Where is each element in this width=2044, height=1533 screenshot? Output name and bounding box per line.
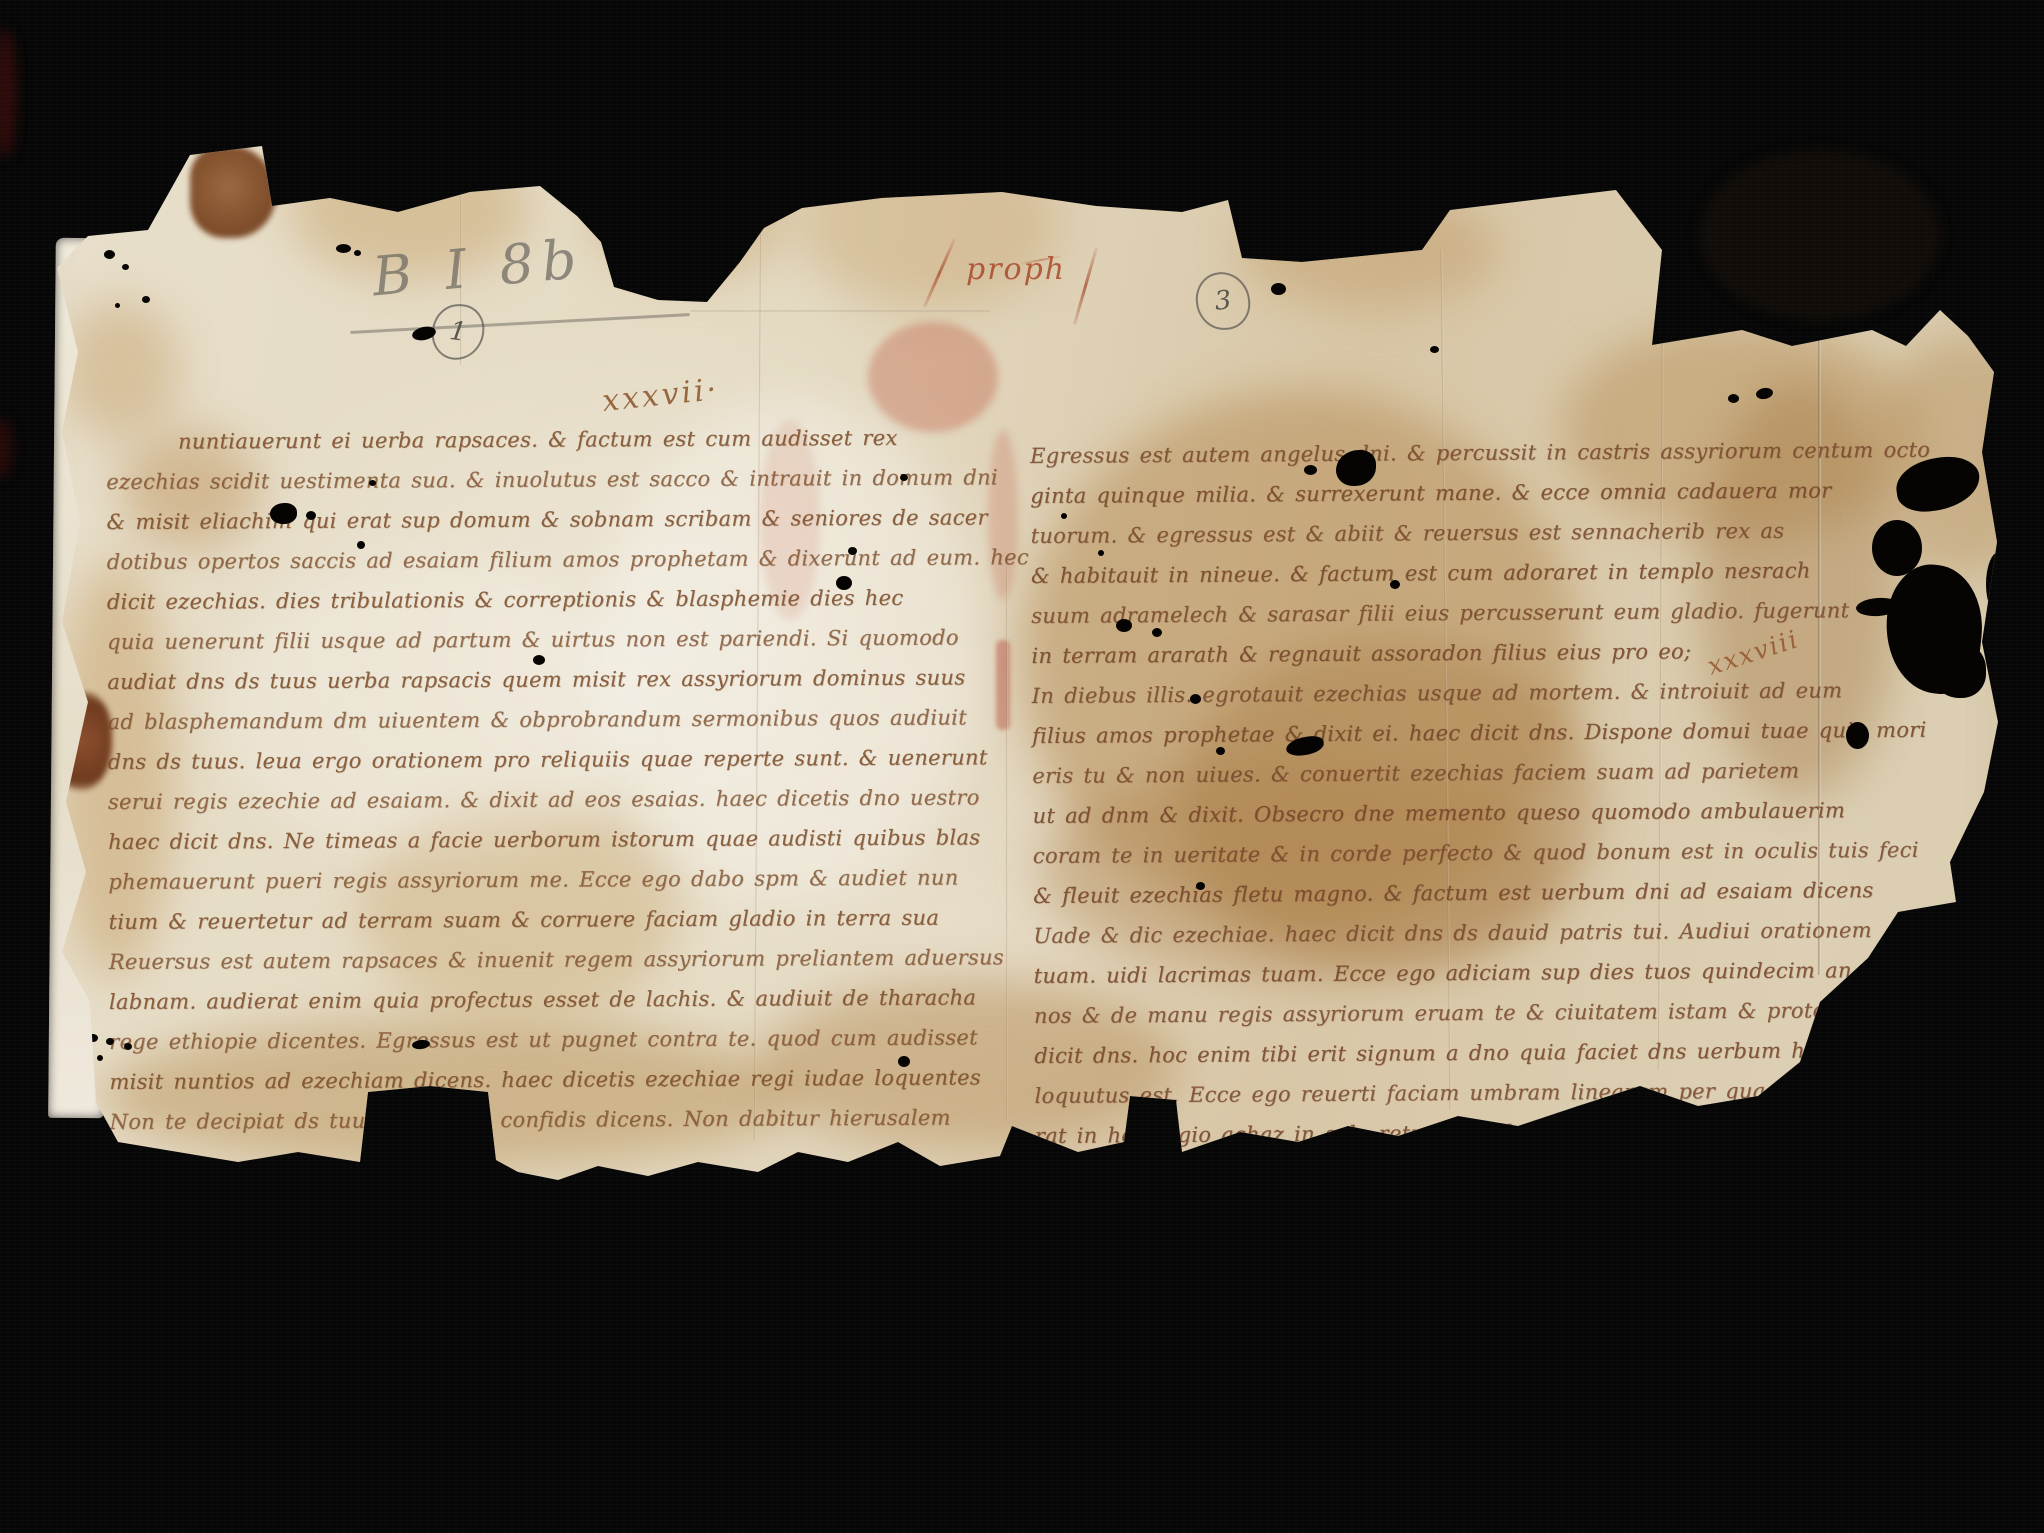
cloth-sheen [0, 28, 16, 158]
worm-hole [354, 250, 361, 256]
worm-hole [1304, 465, 1317, 475]
manuscript-line: ezechias scidit uestimenta sua. & inuolu… [106, 465, 998, 510]
manuscript-line: ginta quinque milia. & surrexerunt mane.… [1030, 478, 1831, 524]
manuscript-line: dotibus opertos saccis ad esaiam filium … [107, 545, 1029, 590]
manuscript-line: phemauerunt pueri regis assyriorum me. E… [108, 866, 958, 910]
manuscript-line: Non te decipiat ds tuus in quo tu confid… [110, 1106, 951, 1150]
worm-hole [1152, 628, 1162, 637]
manuscript-photo: B I 8b 5I 1 3 proph xxxvii· xxxviii nunt… [0, 0, 2044, 1533]
manuscript-line: serui regis ezechie ad esaiam. & dixit a… [108, 785, 980, 830]
manuscript-line: rege ethiopie dicentes. Egressus est ut … [109, 1025, 978, 1070]
worm-hole [369, 480, 376, 486]
worm-hole [898, 1056, 910, 1067]
worm-hole [1190, 694, 1201, 704]
manuscript-line: tuam. uidi lacrimas tuam. Ecce ego adici… [1034, 958, 1852, 1004]
manuscript-line: dicit ezechias. dies tribulationis & cor… [107, 586, 904, 630]
manuscript-line: tium & reuertetur ad terram suam & corru… [109, 906, 940, 950]
cloth-sheen [1700, 150, 1940, 320]
manuscript-line: loquutus est. Ecce ego reuerti faciam um… [1034, 1078, 1889, 1124]
worm-hole [900, 474, 908, 481]
manuscript-line: Uade & dic ezechiae. haec dicit dns ds d… [1033, 918, 1872, 964]
red-ink-smear [868, 322, 998, 432]
manuscript-line: coram te in ueritate & in corde perfecto… [1033, 838, 1919, 884]
worm-hole [848, 547, 857, 555]
manuscript-line: nos & de manu regis assyriorum eruam te … [1034, 998, 1928, 1044]
worm-hole [1728, 394, 1739, 403]
manuscript-line: rat in horologio achaz in sole retrorsum… [1035, 1120, 1640, 1164]
pencil-underline [350, 313, 690, 334]
stain-patch [190, 146, 276, 238]
manuscript-line: ad blasphemandum dm uiuentem & obprobran… [107, 705, 967, 749]
manuscript-line: ut ad dnm & dixit. Obsecro dne memento q… [1033, 798, 1846, 844]
worm-hole [1430, 346, 1439, 353]
worm-hole [122, 264, 129, 270]
manuscript-line: in terram ararath & regnauit assoradon f… [1031, 639, 1691, 684]
worm-hole [357, 541, 365, 549]
worm-hole [306, 511, 316, 520]
worm-hole [97, 1055, 103, 1061]
chapter-numeral-xxxvii: xxxvii· [600, 372, 720, 419]
manuscript-line: Egressus est autem angelus dni. & percus… [1030, 438, 1930, 484]
leaf-number-label: 1 [448, 316, 469, 348]
worm-hole [836, 576, 852, 590]
leaf-number-label: 3 [1213, 285, 1233, 317]
manuscript-line: misit nuntios ad ezechiam dicens. haec d… [109, 1065, 981, 1110]
worm-hole [106, 1038, 114, 1045]
manuscript-line: filius amos prophetae & dixit ei. haec d… [1032, 718, 1927, 764]
worm-hole [1986, 552, 2012, 616]
worm-hole [1846, 722, 1869, 749]
crease [1006, 560, 1008, 1120]
worm-hole [1271, 283, 1286, 295]
manuscript-line: dicit dns. hoc enim tibi erit signum a d… [1034, 1038, 1894, 1084]
manuscript-line: & misit eliachim qui erat sup domum & so… [106, 505, 988, 550]
circled-leaf-number-3: 3 [1193, 269, 1253, 332]
manuscript-line: tuorum. & egressus est & abiit & reuersu… [1031, 519, 1785, 564]
manuscript-line: audiat dns ds tuus uerba rapsacis quem m… [107, 666, 965, 710]
manuscript-line: dns ds tuus. leua ergo orationem pro rel… [108, 745, 988, 790]
worm-hole [336, 244, 351, 253]
manuscript-line: suum adramelech & sarasar filii eius per… [1031, 598, 1849, 644]
worm-hole [1216, 747, 1225, 755]
pencil-line [690, 310, 990, 312]
stain [60, 300, 180, 440]
cloth-sheen [0, 418, 12, 478]
worm-hole [142, 296, 150, 303]
manuscript-line: & habitauit in nineue. & factum est cum … [1031, 559, 1811, 604]
worm-hole [1098, 550, 1104, 556]
worm-hole [1196, 882, 1205, 890]
worm-hole [1061, 513, 1067, 519]
worm-hole [270, 503, 297, 524]
manuscript-line: & fleuit ezechias fletu magno. & factum … [1033, 878, 1874, 924]
worm-hole [104, 250, 115, 259]
worm-hole [124, 1043, 132, 1050]
worm-hole [1930, 642, 1986, 698]
worm-hole [533, 655, 545, 665]
manuscript-line: labnam. audierat enim quia profectus ess… [109, 985, 976, 1030]
manuscript-line: quia uenerunt filii usque ad partum & ui… [107, 626, 959, 670]
worm-hole [1116, 619, 1132, 632]
manuscript-line: eris tu & non uiues. & conuertit ezechia… [1032, 759, 1799, 804]
manuscript-line: Reuersus est autem rapsaces & inuenit re… [109, 945, 1004, 990]
worm-hole [115, 303, 120, 308]
manuscript-line: In diebus illis. egrotauit ezechias usqu… [1032, 678, 1843, 724]
manuscript-line: haec dicit dns. Ne timeas a facie uerbor… [108, 825, 980, 870]
manuscript-line: nuntiauerunt ei uerba rapsaces. & factum… [106, 426, 898, 470]
worm-hole [1390, 580, 1400, 589]
circled-leaf-number-1: 1 [428, 301, 487, 364]
red-flourish-stroke [1073, 247, 1098, 325]
